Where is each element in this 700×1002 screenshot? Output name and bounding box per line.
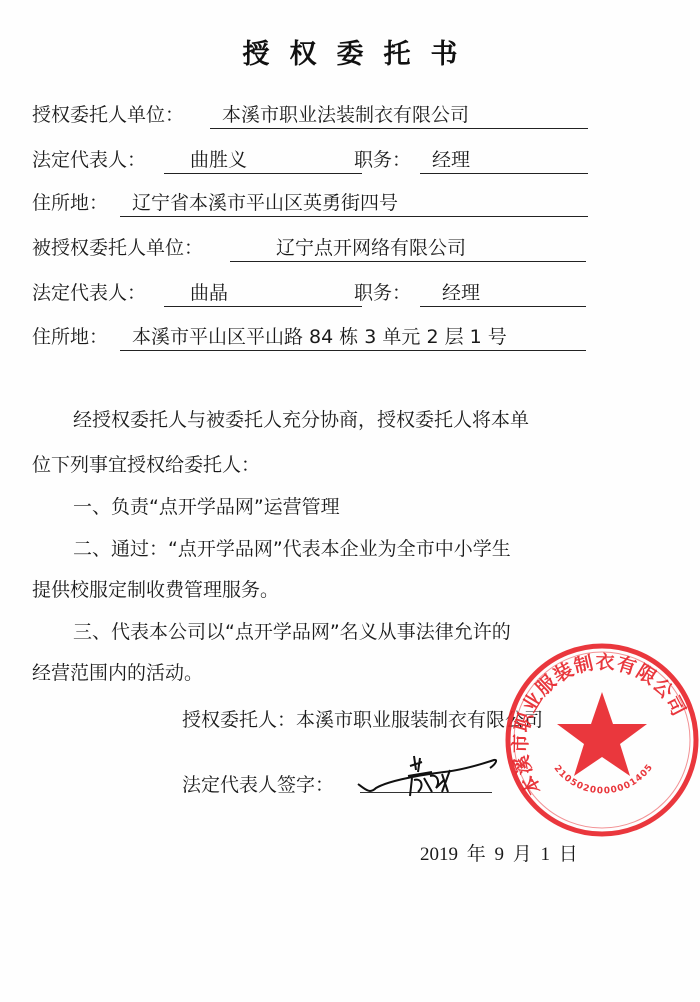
rep-signature-label: 法定代表人签字： [182,770,334,800]
handwritten-signature [352,748,502,804]
agent-rep-value: 曲晶 [190,278,228,308]
company-seal-stamp: 本溪市职业服装制衣有限公司 2105020000001405 [502,640,700,840]
agent-unit-label: 被授权委托人单位： [32,233,203,263]
svg-text:2105020000001405: 2105020000001405 [551,762,655,796]
agent-position-label: 职务： [354,278,411,308]
star-icon [557,692,647,776]
item-1: 一、负责“点开学品网”运营管理 [73,492,340,522]
agent-address-value: 本溪市平山区平山路 84 栋 3 单元 2 层 1 号 [132,322,507,352]
principal-rep-value: 曲胜义 [190,145,247,175]
principal-rep-row: 法定代表人： 曲胜义 职务： 经理 [32,145,592,175]
principal-address-label: 住所地： [32,188,108,218]
principal-position-value: 经理 [432,145,470,175]
intro-line-1: 经授权委托人与被委托人充分协商，授权委托人将本单 [73,405,529,435]
item-2-line-2: 提供校服定制收费管理服务。 [32,575,279,605]
item-3-line-1: 三、代表本公司以“点开学品网”名义从事法律允许的 [73,617,511,647]
principal-address-value: 辽宁省本溪市平山区英勇街四号 [132,188,398,218]
agent-position-value: 经理 [442,278,480,308]
principal-signature-line: 授权委托人：本溪市职业服装制衣有限公司 [182,705,543,735]
intro-line-2: 位下列事宜授权给委托人： [32,450,260,480]
principal-rep-label: 法定代表人： [32,145,146,175]
agent-unit-row: 被授权委托人单位： 辽宁点开网络有限公司 [32,233,592,263]
agent-address-label: 住所地： [32,322,108,352]
agent-address-row: 住所地： 本溪市平山区平山路 84 栋 3 单元 2 层 1 号 [32,322,592,352]
agent-unit-value: 辽宁点开网络有限公司 [276,233,466,263]
principal-address-row: 住所地： 辽宁省本溪市平山区英勇街四号 [32,188,592,218]
item-2-line-1: 二、通过：“点开学品网”代表本企业为全市中小学生 [73,534,511,564]
item-3-line-2: 经营范围内的活动。 [32,658,203,688]
document-page: 授权委托书 授权委托人单位： 本溪市职业法装制衣有限公司 法定代表人： 曲胜义 … [0,0,700,1002]
principal-unit-label: 授权委托人单位： [32,100,184,130]
document-date: 2019 年 9 月 1 日 [420,840,578,870]
agent-rep-row: 法定代表人： 曲晶 职务： 经理 [32,278,592,308]
document-title: 授权委托书 [0,32,700,71]
principal-unit-row: 授权委托人单位： 本溪市职业法装制衣有限公司 [32,100,592,130]
principal-position-label: 职务： [354,145,411,175]
agent-rep-label: 法定代表人： [32,278,146,308]
principal-unit-value: 本溪市职业法装制衣有限公司 [222,100,469,130]
